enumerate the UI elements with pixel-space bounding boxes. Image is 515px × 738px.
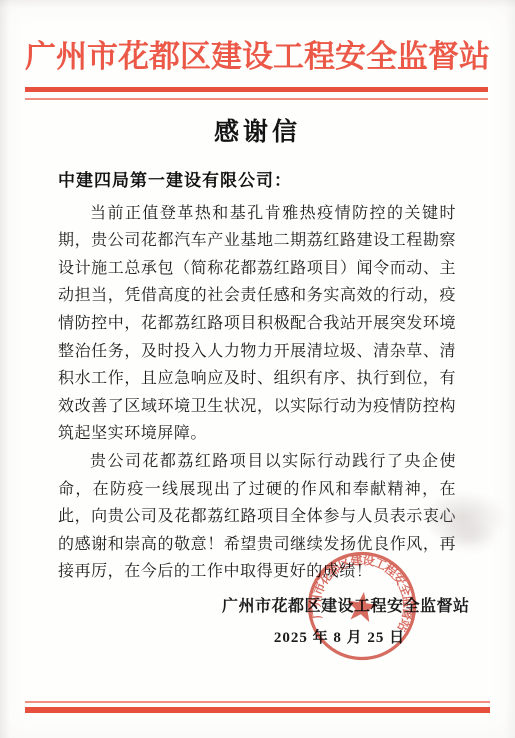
letter-page: 广州市花都区建设工程安全监督站 感谢信 中建四局第一建设有限公司： 当前正值登革…: [0, 0, 515, 738]
paragraph-1: 当前正值登革热和基孔肯雅热疫情防控的关键时期，贵公司花都汽车产业基地二期荔红路建…: [58, 200, 456, 448]
header-rule-thin: [25, 98, 488, 100]
signature-date: 2025 年 8 月 25 日: [222, 626, 457, 647]
footer-rule-thin: [25, 701, 490, 703]
signature-block: 广州市花都区建设工程安全监督站 2025 年 8 月 25 日: [222, 593, 457, 647]
signature-name: 广州市花都区建设工程安全监督站: [222, 593, 457, 616]
scan-smudge-small: [440, 520, 500, 554]
footer-rule-thick: [25, 707, 490, 713]
salutation: 中建四局第一建设有限公司：: [58, 167, 456, 195]
header-rule-thick: [25, 87, 488, 92]
letter-body: 中建四局第一建设有限公司： 当前正值登革热和基孔肯雅热疫情防控的关键时期，贵公司…: [58, 167, 456, 586]
letter-title: 感谢信: [0, 112, 515, 148]
letterhead-title: 广州市花都区建设工程安全监督站: [0, 31, 515, 76]
paragraph-2: 贵公司花都荔红路项目以实际行动践行了央企使命，在防疫一线展现出了过硬的作风和奉献…: [58, 448, 456, 586]
